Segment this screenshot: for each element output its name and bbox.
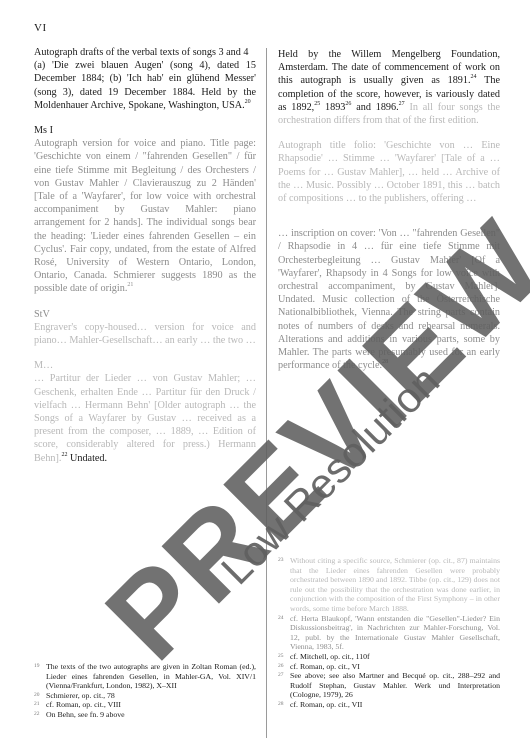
- footnote-text: cf. Roman, op. cit., VII: [290, 700, 500, 710]
- section-stv: StV Engraver's copy-housed… version for …: [34, 308, 256, 348]
- footnote: 27 See above; see also Martner and Becqu…: [278, 671, 500, 700]
- document-page: VI Autograph drafts of the verbal texts …: [0, 0, 530, 750]
- footnote-text: See above; see also Martner and Becqué o…: [290, 671, 500, 700]
- footnote-number: 19: [34, 662, 46, 691]
- page-number: VI: [34, 22, 47, 34]
- section-title-folio: Autograph title folio: 'Geschichte von ……: [278, 139, 500, 205]
- section-heading: M…: [34, 359, 256, 372]
- footnote-number: 25: [278, 652, 290, 662]
- section-m: M… … Partitur der Lieder … von Gustav Ma…: [34, 359, 256, 465]
- right-column: Held by the Willem Mengelberg Foundation…: [278, 48, 500, 384]
- section-body: … inscription on cover: 'Von … "fahrende…: [278, 228, 500, 371]
- section-body: Held by the Willem Mengelberg Foundation…: [278, 49, 500, 86]
- footnote-text: On Behn, see fn. 9 above: [46, 710, 256, 720]
- footnote: 21 cf. Roman, op. cit., VIII: [34, 700, 256, 710]
- section-ms-i: Ms I Autograph version for voice and pia…: [34, 124, 256, 296]
- footnote-number: 21: [34, 700, 46, 710]
- footnote-number: 22: [34, 710, 46, 720]
- footnote: 26 cf. Roman, op. cit., VI: [278, 662, 500, 672]
- section-mengelberg: Held by the Willem Mengelberg Foundation…: [278, 48, 500, 127]
- footnote-text: cf. Mitchell, op. cit., 110f: [290, 652, 500, 662]
- section-tail: Undated.: [70, 453, 107, 464]
- footnote-number: 23: [278, 556, 290, 614]
- section-parts: … inscription on cover: 'Von … "fahrende…: [278, 227, 500, 372]
- footnote: 22 On Behn, see fn. 9 above: [34, 710, 256, 720]
- footnote-text: The texts of the two autographs are give…: [46, 662, 256, 691]
- footnote: 25 cf. Mitchell, op. cit., 110f: [278, 652, 500, 662]
- section-body: (a) 'Die zwei blauen Augen' (song 4), da…: [34, 60, 256, 111]
- footnote: 20 Schmierer, op. cit., 78: [34, 691, 256, 701]
- section-body: … Partitur der Lieder … von Gustav Mahle…: [34, 373, 256, 463]
- right-footnotes: 23 Without citing a specific source, Sch…: [278, 556, 500, 710]
- footnote-ref[interactable]: 20: [245, 99, 251, 105]
- footnote: 19 The texts of the two autographs are g…: [34, 662, 256, 691]
- footnote-ref[interactable]: 21: [127, 282, 133, 288]
- footnote-number: 27: [278, 671, 290, 700]
- footnote-text: cf. Herta Blaukopf, 'Wann entstanden die…: [290, 614, 500, 652]
- footnote: 28 cf. Roman, op. cit., VII: [278, 700, 500, 710]
- footnote-text: cf. Roman, op. cit., VIII: [46, 700, 256, 710]
- footnote: 24 cf. Herta Blaukopf, 'Wann entstanden …: [278, 614, 500, 652]
- column-divider: [266, 48, 267, 738]
- footnote-ref[interactable]: 22: [61, 452, 67, 458]
- footnote-number: 24: [278, 614, 290, 652]
- section-heading: Ms I: [34, 124, 256, 137]
- footnote-text: Schmierer, op. cit., 78: [46, 691, 256, 701]
- section-body: Engraver's copy-housed… version for voic…: [34, 322, 256, 346]
- section-heading: Autograph drafts of the verbal texts of …: [34, 46, 256, 59]
- section-heading: StV: [34, 308, 256, 321]
- footnote-number: 20: [34, 691, 46, 701]
- footnote-number: 28: [278, 700, 290, 710]
- section-body-cont: and 1896.: [351, 102, 398, 113]
- section-autograph-drafts: Autograph drafts of the verbal texts of …: [34, 46, 256, 112]
- footnote-text: cf. Roman, op. cit., VI: [290, 662, 500, 672]
- left-footnotes: 19 The texts of the two autographs are g…: [34, 662, 256, 720]
- footnote-number: 26: [278, 662, 290, 672]
- section-body: Autograph version for voice and piano. T…: [34, 138, 256, 294]
- left-column: Autograph drafts of the verbal texts of …: [34, 46, 256, 477]
- footnote-ref[interactable]: 28: [382, 359, 388, 365]
- section-body: Autograph title folio: 'Geschichte von ……: [278, 140, 500, 204]
- section-body-cont: 1893: [320, 102, 345, 113]
- footnote-text: Without citing a specific source, Schmie…: [290, 556, 500, 614]
- footnote: 23 Without citing a specific source, Sch…: [278, 556, 500, 614]
